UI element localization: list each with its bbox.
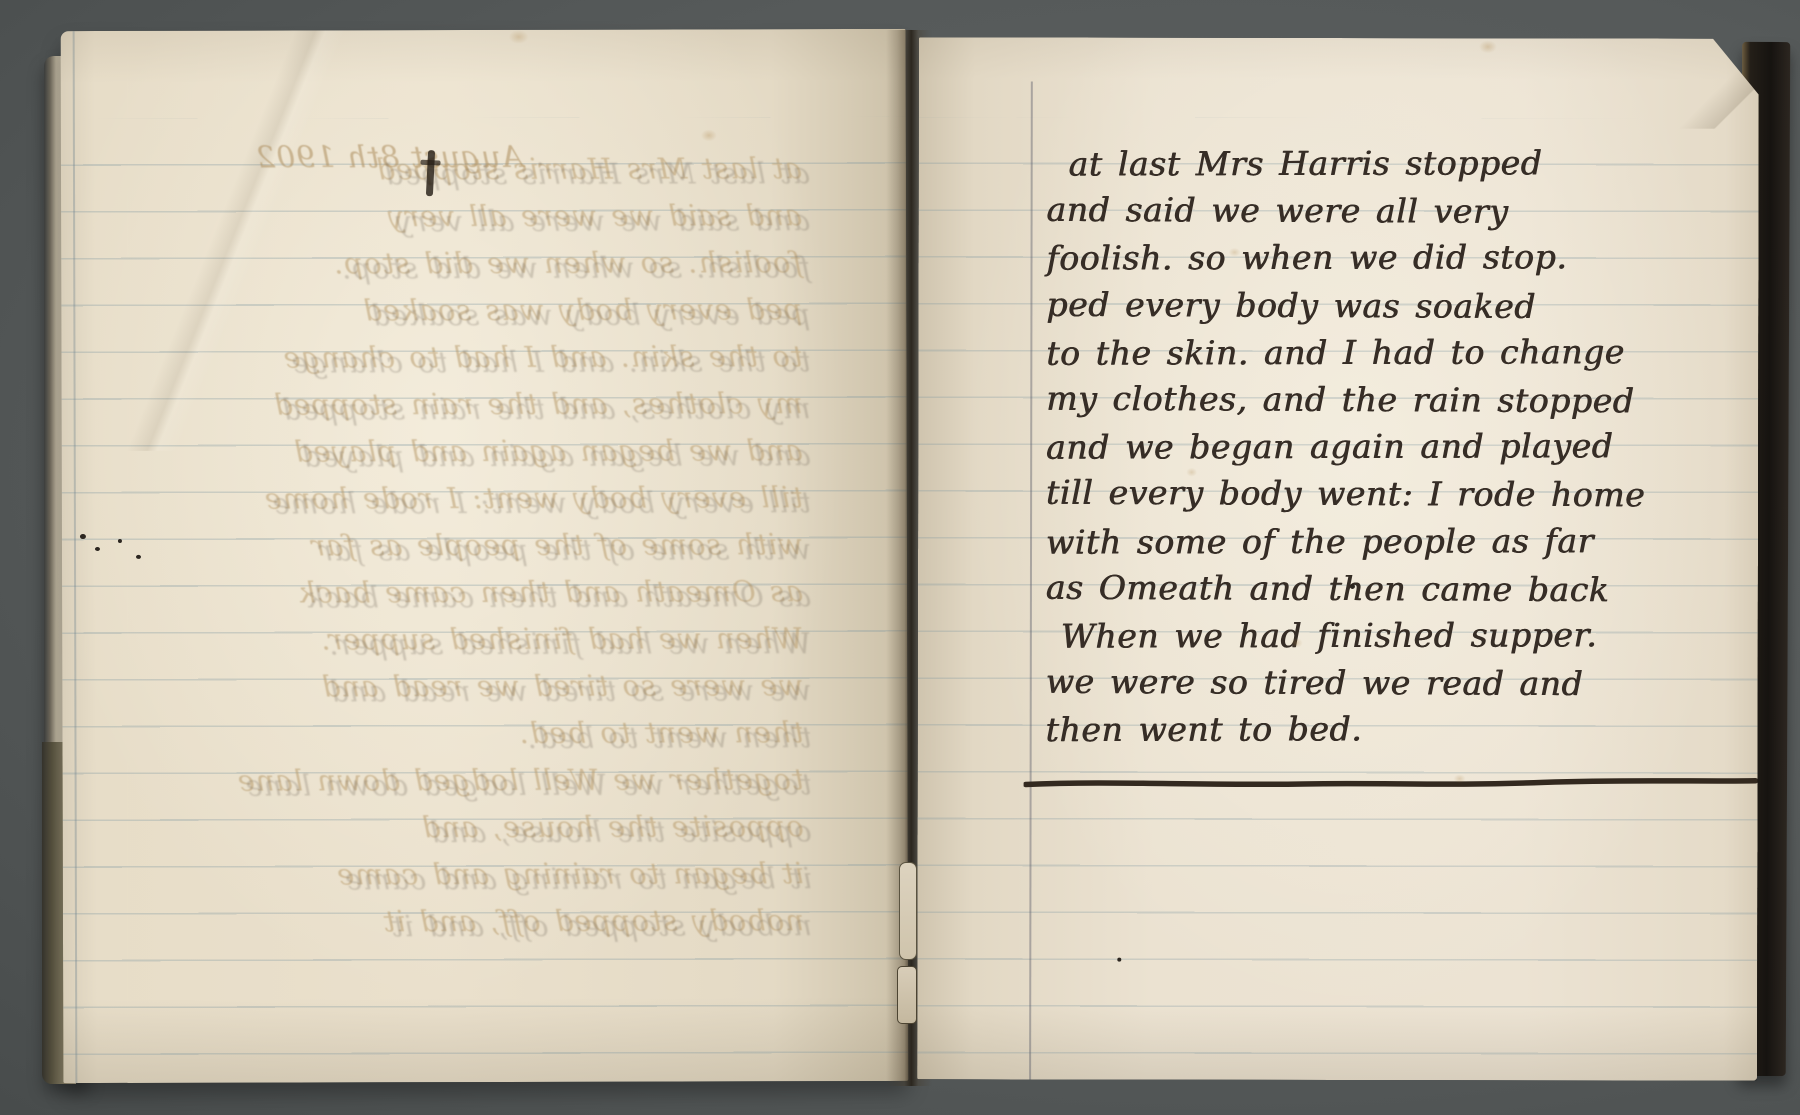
paper-stain [509,30,529,44]
ink-line: till every body went: I rode home [1046,473,1645,523]
diary-entry-text: at last Mrs Harris stoppedand said we we… [1046,143,1747,784]
ghost-line: ped every body was soaked [370,297,810,345]
spine-tear [897,966,917,1024]
ink-line: with some of the people as far [1046,521,1594,569]
ghost-line: nobody stopped off, and it [391,908,813,956]
right-page: at last Mrs Harris stoppedand said we we… [917,37,1759,1080]
paper-stain [701,129,717,141]
ghost-line: with some of the people as far [318,532,811,580]
paper-stain [1229,248,1241,257]
ghost-line: my clothes, and the rain stopped [281,391,811,439]
ink-line: then went to bed. [1046,710,1363,758]
ghost-line: it began to raining and came [344,861,812,909]
ink-line: ped every body was soaked [1046,284,1536,333]
ink-line: my clothes, and the rain stopped [1046,379,1634,429]
ink-speck [95,547,100,551]
ghost-line: at last Mrs Harris stopped [383,156,810,204]
paper-stain [1479,40,1497,53]
ghost-text-layer-gray: at last Mrs Harris stoppedand said we we… [102,156,816,1018]
ghost-line: foolish. so when we did stop. [341,250,810,298]
left-page: August 8th 1902 at last Mrs Harris stopp… [61,29,909,1083]
hand-drawn-divider-line [1024,773,1758,794]
ink-speck [80,534,86,539]
ink-speck [136,555,141,559]
spine-tear [899,862,917,960]
ink-line: as Omeath and then came back [1046,568,1610,617]
ghost-line: and said we were all very [395,203,810,251]
ink-speck [118,539,122,543]
ink-speck [1350,584,1355,589]
ink-line: and said we were all very [1047,190,1509,239]
ghost-line: together we Well lodged down lane [245,767,812,815]
ghost-line: and we began again and played [301,438,811,486]
ink-line: at last Mrs Harris stopped [1069,143,1543,191]
notebook-photo: August 8th 1902 at last Mrs Harris stopp… [0,0,1800,1115]
ink-line: foolish. so when we did stop. [1046,238,1567,286]
ink-line: When we had finished supper. [1061,615,1598,663]
ghost-line: opposite the house, and [429,814,812,862]
ghost-line: then went to bed. [527,720,812,768]
ghost-line: till every body went: I rode home [272,485,811,533]
ghost-line: as Omeath and then came back [305,579,811,627]
ink-line: to the skin. and I had to change [1046,332,1625,381]
ink-line: and we began again and played [1046,426,1613,474]
ink-speck [1117,958,1121,962]
paper-stain [1186,468,1197,477]
paper-stain [1454,774,1466,783]
ink-line: we were so tired we read and [1046,662,1584,711]
ghost-line: we were so tired we read and [329,673,812,721]
paper-stain [1290,638,1303,648]
ghost-line: to the skin. and I had to change [290,344,810,392]
ghost-line: When we had finished supper. [328,626,811,674]
